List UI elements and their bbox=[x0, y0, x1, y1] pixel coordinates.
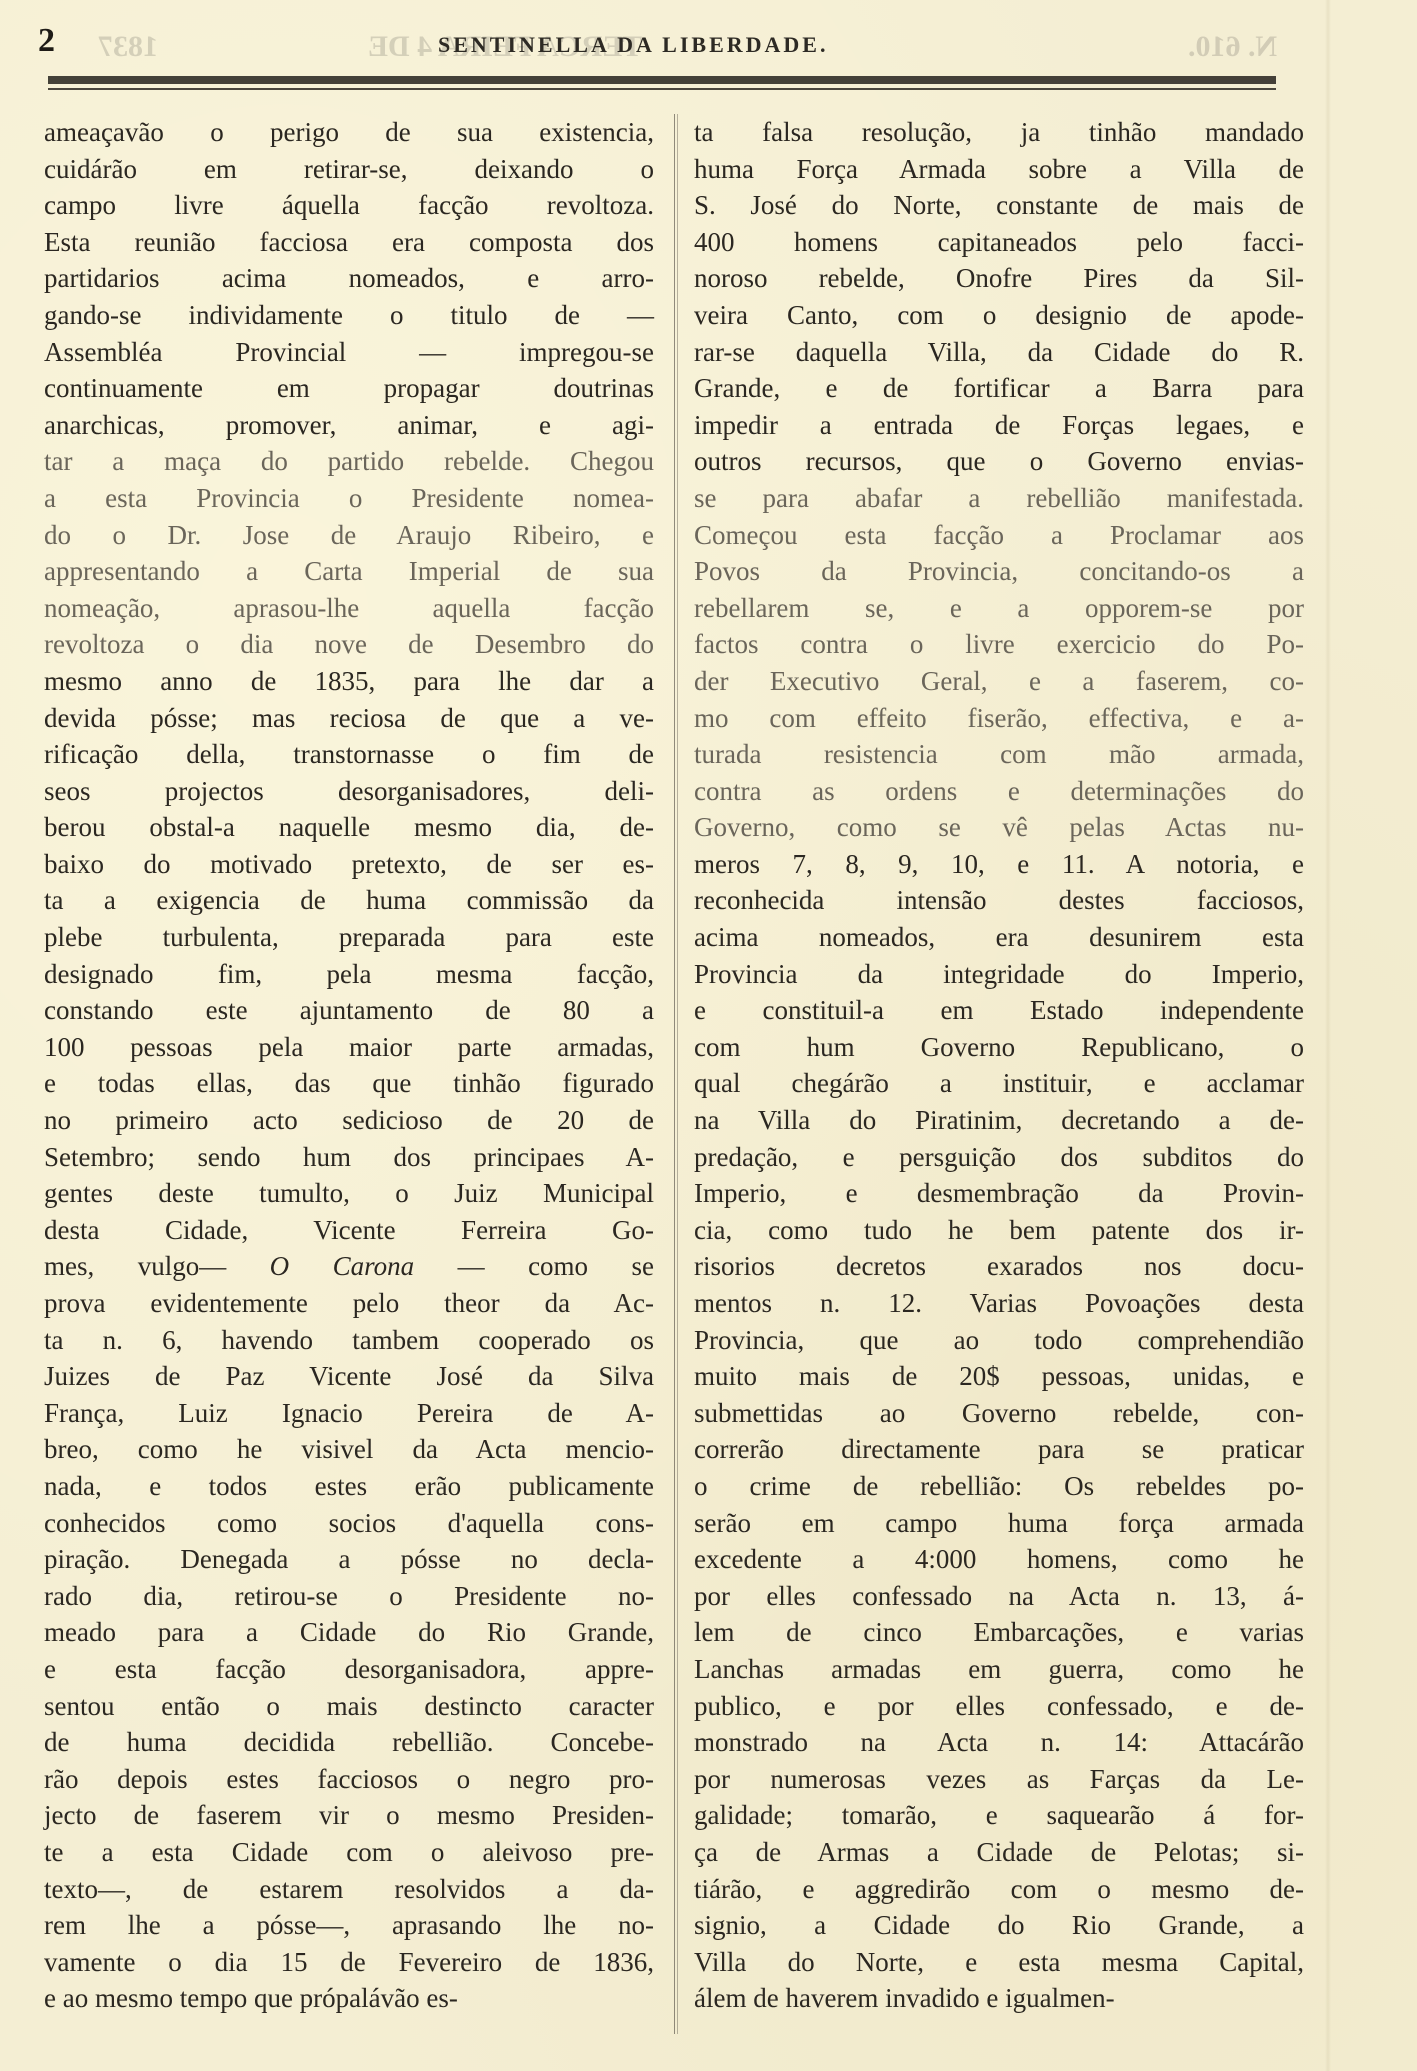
text-line: cia, como tudo he bem patente dos ir- bbox=[694, 1212, 1304, 1249]
text-line: por elles confessado na Acta n. 13, á- bbox=[694, 1578, 1304, 1615]
text-line: de huma decidida rebellião. Concebe- bbox=[44, 1724, 654, 1761]
text-line: baixo do motivado pretexto, de ser es- bbox=[44, 846, 654, 883]
text-line: galidade; tomarão, e saquearão á for- bbox=[694, 1797, 1304, 1834]
text-line: desta Cidade, Vicente Ferreira Go- bbox=[44, 1212, 654, 1249]
column-divider bbox=[674, 114, 678, 2034]
text-line: e ao mesmo tempo que própalávão es- bbox=[44, 1980, 654, 2017]
text-line: signio, a Cidade do Rio Grande, a bbox=[694, 1907, 1304, 1944]
text-line: anarchicas, promover, animar, e agi- bbox=[44, 407, 654, 444]
text-line: factos contra o livre exercicio do Po- bbox=[694, 626, 1304, 663]
text-line: Provincia, que ao todo comprehendião bbox=[694, 1322, 1304, 1359]
text-line: conhecidos como socios d'aquella cons- bbox=[44, 1505, 654, 1542]
text-line: huma Força Armada sobre a Villa de bbox=[694, 151, 1304, 188]
masthead-title: SENTINELLA DA LIBERDADE. bbox=[438, 32, 828, 58]
text-line: e constituil-a em Estado independente bbox=[694, 992, 1304, 1029]
bleed-through-year: 1837 bbox=[98, 30, 158, 64]
text-line: rado dia, retirou-se o Presidente no- bbox=[44, 1578, 654, 1615]
text-line: predação, e persguição dos subditos do bbox=[694, 1139, 1304, 1176]
text-line: veira Canto, com o designio de apode- bbox=[694, 297, 1304, 334]
text-line: Povos da Provincia, concitando-os a bbox=[694, 553, 1304, 590]
italic-nickname: O Carona bbox=[270, 1251, 414, 1281]
text-line: risorios decretos exarados nos docu- bbox=[694, 1248, 1304, 1285]
text-line: turada resistencia com mão armada, bbox=[694, 736, 1304, 773]
text-line: correrão directamente para se praticar bbox=[694, 1431, 1304, 1468]
text-line: breo, como he visivel da Acta mencio- bbox=[44, 1431, 654, 1468]
text-line: rão depois estes facciosos o negro pro- bbox=[44, 1761, 654, 1798]
text-line: constando este ajuntamento de 80 a bbox=[44, 992, 654, 1029]
right-column: ta falsa resolução, ja tinhão mandadohum… bbox=[694, 114, 1304, 2017]
text-line: rar-se daquella Villa, da Cidade do R. bbox=[694, 334, 1304, 371]
text-line: berou obstal-a naquelle mesmo dia, de- bbox=[44, 809, 654, 846]
text-line: e todas ellas, das que tinhão figurado bbox=[44, 1065, 654, 1102]
text-line: publico, e por elles confessado, e de- bbox=[694, 1688, 1304, 1725]
text-line: Imperio, e desmembração da Provin- bbox=[694, 1175, 1304, 1212]
text-line: lem de cinco Embarcações, e varias bbox=[694, 1614, 1304, 1651]
text-line: na Villa do Piratinim, decretando a de- bbox=[694, 1102, 1304, 1139]
text-line: a esta Provincia o Presidente nomea- bbox=[44, 480, 654, 517]
text-line: mes, vulgo— O Carona — como se bbox=[44, 1248, 654, 1285]
text-line: Provincia da integridade do Imperio, bbox=[694, 956, 1304, 993]
text-line: ta n. 6, havendo tambem cooperado os bbox=[44, 1322, 654, 1359]
bleed-through-issue: N. 610. bbox=[1188, 30, 1277, 64]
text-line: noroso rebelde, Onofre Pires da Sil- bbox=[694, 260, 1304, 297]
text-line: acima nomeados, era desunirem esta bbox=[694, 919, 1304, 956]
text-line: nomeação, aprasou-lhe aquella facção bbox=[44, 590, 654, 627]
text-line: rificação della, transtornasse o fim de bbox=[44, 736, 654, 773]
text-line: o crime de rebellião: Os rebeldes po- bbox=[694, 1468, 1304, 1505]
paper-fold bbox=[1325, 0, 1331, 2071]
text-line: por numerosas vezes as Farças da Le- bbox=[694, 1761, 1304, 1798]
text-line: meado para a Cidade do Rio Grande, bbox=[44, 1614, 654, 1651]
text-line: reconhecida intensão destes facciosos, bbox=[694, 882, 1304, 919]
text-line: partidarios acima nomeados, e arro- bbox=[44, 260, 654, 297]
text-line: piração. Denegada a pósse no decla- bbox=[44, 1541, 654, 1578]
text-line: devida pósse; mas reciosa de que a ve- bbox=[44, 700, 654, 737]
text-line: jecto de faserem vir o mesmo Presiden- bbox=[44, 1797, 654, 1834]
text-line: nada, e todos estes erão publicamente bbox=[44, 1468, 654, 1505]
text-line: impedir a entrada de Forças legaes, e bbox=[694, 407, 1304, 444]
text-line: contra as ordens e determinações do bbox=[694, 773, 1304, 810]
text-line: sentou então o mais destincto caracter bbox=[44, 1688, 654, 1725]
text-line: rem lhe a pósse—, aprasando lhe no- bbox=[44, 1907, 654, 1944]
text-line: revoltoza o dia nove de Desembro do bbox=[44, 626, 654, 663]
text-line: rebellarem se, e a opporem-se por bbox=[694, 590, 1304, 627]
text-line: com hum Governo Republicano, o bbox=[694, 1029, 1304, 1066]
text-line: serão em campo huma força armada bbox=[694, 1505, 1304, 1542]
text-line: qual chegárão a instituir, e acclamar bbox=[694, 1065, 1304, 1102]
text-line: seos projectos desorganisadores, deli- bbox=[44, 773, 654, 810]
text-line: appresentando a Carta Imperial de sua bbox=[44, 553, 654, 590]
text-line: mesmo anno de 1835, para lhe dar a bbox=[44, 663, 654, 700]
text-line: ta a exigencia de huma commissão da bbox=[44, 882, 654, 919]
text-line: outros recursos, que o Governo envias- bbox=[694, 443, 1304, 480]
text-line: álem de haverem invadido e igualmen- bbox=[694, 1980, 1304, 2017]
text-line: tiárão, e aggredirão com o mesmo de- bbox=[694, 1871, 1304, 1908]
text-line: ta falsa resolução, ja tinhão mandado bbox=[694, 114, 1304, 151]
text-line: ameaçavão o perigo de sua existencia, bbox=[44, 114, 654, 151]
text-line: prova evidentemente pelo theor da Ac- bbox=[44, 1285, 654, 1322]
text-line: tar a maça do partido rebelde. Chegou bbox=[44, 443, 654, 480]
text-line: no primeiro acto sedicioso de 20 de bbox=[44, 1102, 654, 1139]
text-line: Esta reunião facciosa era composta dos bbox=[44, 224, 654, 261]
page-number: 2 bbox=[38, 22, 55, 60]
text-line: campo livre áquella facção revoltoza. bbox=[44, 187, 654, 224]
text-line: Assembléa Provincial — impregou-se bbox=[44, 334, 654, 371]
text-line: texto—, de estarem resolvidos a da- bbox=[44, 1871, 654, 1908]
text-line: 400 homens capitaneados pelo facci- bbox=[694, 224, 1304, 261]
text-line: 100 pessoas pela maior parte armadas, bbox=[44, 1029, 654, 1066]
text-line: meros 7, 8, 9, 10, e 11. A notoria, e bbox=[694, 846, 1304, 883]
text-line: S. José do Norte, constante de mais de bbox=[694, 187, 1304, 224]
text-line: designado fim, pela mesma facção, bbox=[44, 956, 654, 993]
text-line: se para abafar a rebellião manifestada. bbox=[694, 480, 1304, 517]
header-rule-thin bbox=[48, 88, 1276, 90]
text-line: ça de Armas a Cidade de Pelotas; si- bbox=[694, 1834, 1304, 1871]
text-line: excedente a 4:000 homens, como he bbox=[694, 1541, 1304, 1578]
text-line: submettidas ao Governo rebelde, con- bbox=[694, 1395, 1304, 1432]
text-line: vamente o dia 15 de Fevereiro de 1836, bbox=[44, 1944, 654, 1981]
text-line: gentes deste tumulto, o Juiz Municipal bbox=[44, 1175, 654, 1212]
text-line: Villa do Norte, e esta mesma Capital, bbox=[694, 1944, 1304, 1981]
text-line: Juizes de Paz Vicente José da Silva bbox=[44, 1358, 654, 1395]
text-line: Começou esta facção a Proclamar aos bbox=[694, 517, 1304, 554]
text-line: Grande, e de fortificar a Barra para bbox=[694, 370, 1304, 407]
text-line: Setembro; sendo hum dos principaes A- bbox=[44, 1139, 654, 1176]
text-line: e esta facção desorganisadora, appre- bbox=[44, 1651, 654, 1688]
text-line: plebe turbulenta, preparada para este bbox=[44, 919, 654, 956]
newspaper-page: 2 1837 TERCA FEIRA 4 DE SENTINELLA DA LI… bbox=[0, 0, 1417, 2071]
text-line: gando-se individamente o titulo de — bbox=[44, 297, 654, 334]
text-line: Governo, como se vê pelas Actas nu- bbox=[694, 809, 1304, 846]
left-column: ameaçavão o perigo de sua existencia,cui… bbox=[44, 114, 654, 2017]
text-line: cuidárão em retirar-se, deixando o bbox=[44, 151, 654, 188]
text-line: der Executivo Geral, e a faserem, co- bbox=[694, 663, 1304, 700]
text-line: te a esta Cidade com o aleivoso pre- bbox=[44, 1834, 654, 1871]
running-head: 2 1837 TERCA FEIRA 4 DE SENTINELLA DA LI… bbox=[38, 22, 1278, 62]
text-line: do o Dr. Jose de Araujo Ribeiro, e bbox=[44, 517, 654, 554]
text-line: continuamente em propagar doutrinas bbox=[44, 370, 654, 407]
text-line: mentos n. 12. Varias Povoações desta bbox=[694, 1285, 1304, 1322]
header-rule-thick bbox=[48, 76, 1276, 84]
text-line: mo com effeito fiserão, effectiva, e a- bbox=[694, 700, 1304, 737]
text-line: muito mais de 20$ pessoas, unidas, e bbox=[694, 1358, 1304, 1395]
text-line: Lanchas armadas em guerra, como he bbox=[694, 1651, 1304, 1688]
text-line: monstrado na Acta n. 14: Attacárão bbox=[694, 1724, 1304, 1761]
article-columns: ameaçavão o perigo de sua existencia,cui… bbox=[44, 114, 1324, 2034]
text-line: França, Luiz Ignacio Pereira de A- bbox=[44, 1395, 654, 1432]
